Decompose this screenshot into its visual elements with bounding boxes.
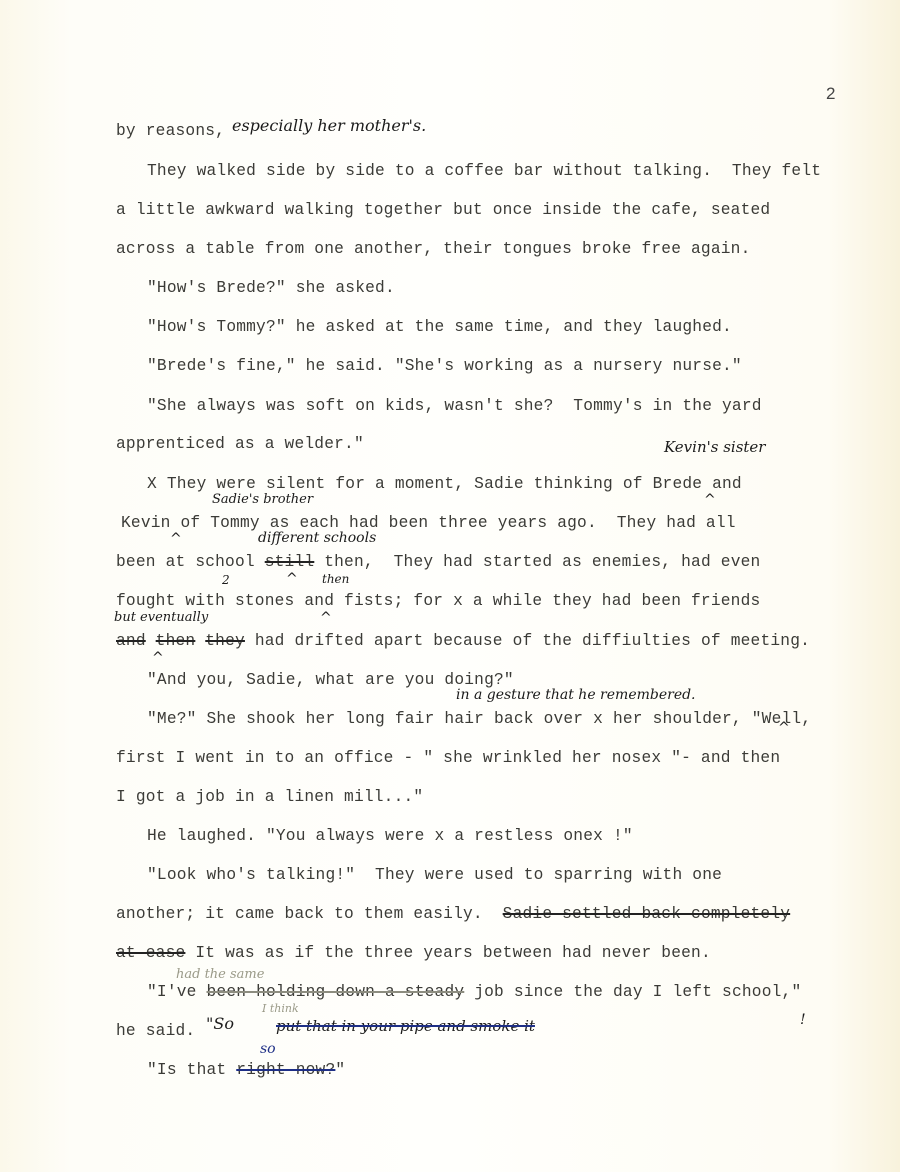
text-line: at ease It was as if the three years bet…: [116, 944, 711, 962]
text-line: They walked side by side to a coffee bar…: [147, 162, 821, 180]
struck-text: and: [116, 632, 146, 650]
text-line: he said.: [116, 1022, 195, 1040]
text-line: first I went in to an office - " she wri…: [116, 749, 780, 767]
text-line: been at school still then, They had star…: [116, 553, 760, 571]
text-span: ": [335, 1061, 345, 1079]
text-line: "How's Tommy?" he asked at the same time…: [147, 318, 732, 336]
text-line: Kevin of Tommy as each had been three ye…: [121, 514, 736, 532]
handwritten-insert: "So: [206, 1014, 234, 1033]
text-span: another; it came back to them easily.: [116, 905, 503, 923]
handwritten-note: then: [322, 572, 349, 586]
caret-mark: ^: [170, 531, 182, 547]
text-line: "Is that right now?": [147, 1061, 345, 1079]
struck-text: still: [265, 553, 315, 571]
text-span: job since the day I left school,": [464, 983, 801, 1001]
handwritten-insert: in a gesture that he remembered.: [456, 687, 696, 703]
text-line: "Me?" She shook her long fair hair back …: [147, 710, 811, 728]
caret-mark: ^: [286, 571, 298, 587]
text-line: across a table from one another, their t…: [116, 240, 751, 258]
caret-mark: ^: [778, 720, 790, 736]
handwritten-number: 2: [222, 573, 230, 587]
text-span: been at school: [116, 553, 265, 571]
struck-text: Sadie settled back completely: [503, 905, 791, 923]
text-line: "I've been holding down a steady job sin…: [147, 983, 801, 1001]
caret-mark: ^: [152, 650, 164, 666]
handwritten-note: Kevin's sister: [664, 438, 765, 456]
text-line: "Brede's fine," he said. "She's working …: [147, 357, 742, 375]
text-line: and then they had drifted apart because …: [116, 632, 810, 650]
text-span: had drifted apart because of the diffiul…: [245, 632, 810, 650]
text-line: I got a job in a linen mill...": [116, 788, 423, 806]
text-line: X They were silent for a moment, Sadie t…: [147, 475, 742, 493]
handwritten-note: but eventually: [114, 610, 208, 625]
text-line: "Look who's talking!" They were used to …: [147, 866, 722, 884]
text-line: "How's Brede?" she asked.: [147, 279, 395, 297]
handwritten-insert: especially her mother's.: [232, 116, 426, 135]
text-line: another; it came back to them easily. Sa…: [116, 905, 790, 923]
pencil-note: I think: [262, 1002, 299, 1015]
text-line: He laughed. "You always were x a restles…: [147, 827, 633, 845]
struck-text: then: [156, 632, 196, 650]
text-span: "Is that: [147, 1061, 236, 1079]
handwritten-mark: !: [800, 1012, 806, 1028]
struck-text: they: [205, 632, 245, 650]
struck-handwriting: put that in your pipe and smoke it: [276, 1017, 535, 1035]
page-number: 2: [826, 84, 835, 104]
pencil-note: had the same: [176, 967, 264, 982]
text-line: a little awkward walking together but on…: [116, 201, 770, 219]
caret-mark: ^: [320, 610, 332, 626]
text-line: by reasons,: [116, 122, 225, 140]
text-span: then, They had started as enemies, had e…: [314, 553, 760, 571]
text-line: "She always was soft on kids, wasn't she…: [147, 397, 762, 415]
text-span: It was as if the three years between had…: [185, 944, 710, 962]
caret-mark: ^: [704, 492, 716, 508]
struck-text: been holding down a steady: [207, 983, 465, 1001]
text-span: "I've: [147, 983, 207, 1001]
handwritten-note: different schools: [258, 530, 376, 546]
manuscript-page: 2 by reasons, especially her mother's. T…: [0, 0, 900, 1172]
text-line: apprenticed as a welder.": [116, 435, 364, 453]
struck-text: right now?: [236, 1061, 335, 1079]
handwritten-note: so: [260, 1041, 276, 1057]
handwritten-note: Sadie's brother: [212, 492, 313, 507]
struck-text: at ease: [116, 944, 185, 962]
text-line: fought with stones and fists; for x a wh…: [116, 592, 760, 610]
